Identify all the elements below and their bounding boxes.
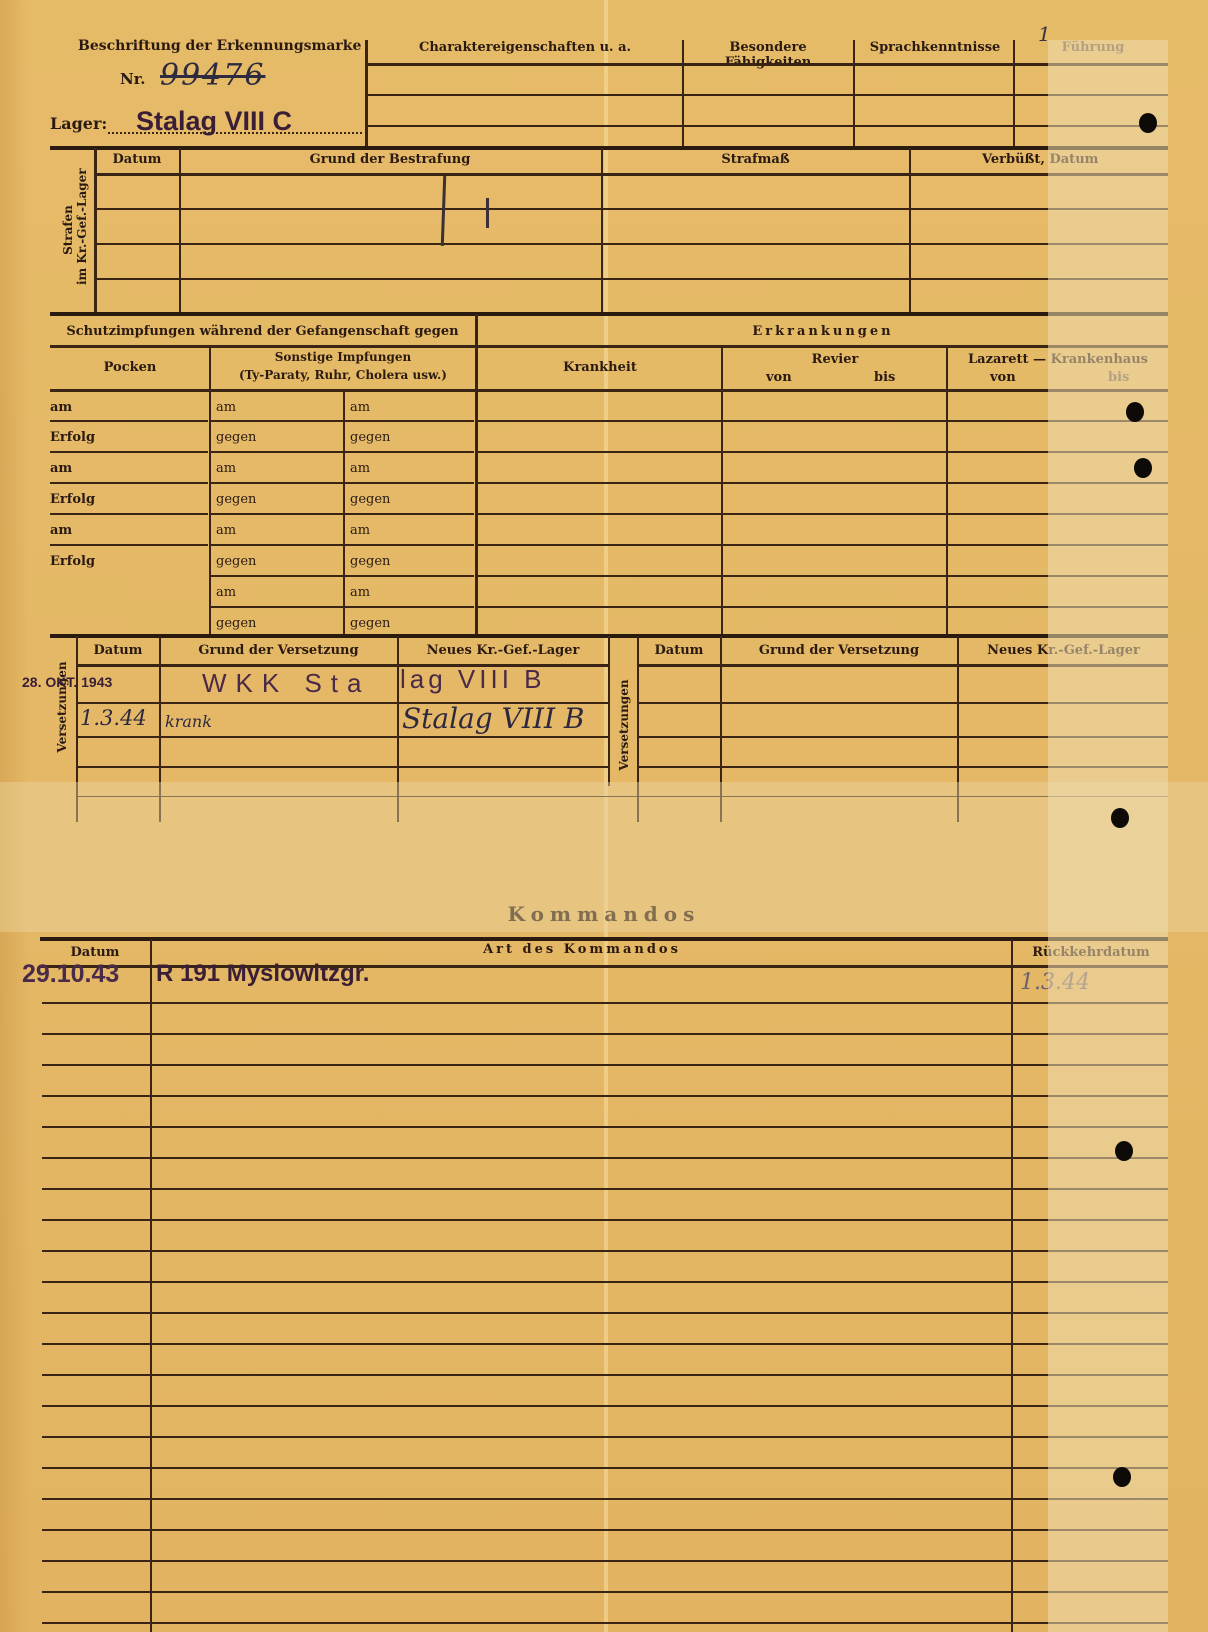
rule	[94, 278, 1168, 280]
divider	[608, 636, 610, 786]
versetzung-header-grund: Grund der Versetzung	[161, 643, 396, 658]
revier-von: von	[766, 370, 792, 385]
tape-strip-vertical	[1048, 40, 1168, 1632]
rule	[42, 1343, 1168, 1345]
rule	[94, 208, 1168, 210]
rule	[42, 1095, 1168, 1097]
sonstige-row: am	[350, 585, 370, 600]
rule	[211, 513, 474, 515]
kommando-header-datum: Datum	[40, 945, 150, 960]
erkrankungen-col-revier: Revier	[724, 352, 946, 367]
versetzung-lager: lag VIII B	[400, 664, 546, 695]
sonstige-row: am	[350, 523, 370, 538]
pocken-row: am	[50, 523, 72, 538]
rule	[50, 420, 208, 422]
versetzung-datum: 1.3.44	[80, 706, 147, 730]
pocken-row: Erfolg	[50, 492, 95, 507]
versetzung-datum: 28. OKT. 1943	[22, 674, 112, 690]
lazarett-von: von	[990, 370, 1016, 385]
sonstige-row: am	[350, 461, 370, 476]
pocken-row: am	[50, 461, 72, 476]
section-rule	[50, 146, 1168, 150]
sonstige-row: am	[216, 461, 236, 476]
rule	[50, 345, 1168, 348]
rule	[42, 1219, 1168, 1221]
nr-value: 99476	[160, 58, 265, 93]
rule	[42, 1157, 1168, 1159]
pencil-mark	[486, 198, 489, 228]
rule	[94, 243, 1168, 245]
rule	[76, 766, 608, 768]
rule	[42, 1467, 1168, 1469]
sonstige-row: am	[216, 585, 236, 600]
lager-stamp: Stalag VIII C	[136, 106, 292, 137]
rule	[42, 1188, 1168, 1190]
rule	[211, 575, 474, 577]
rule	[42, 1591, 1168, 1593]
id-section-title: Beschriftung der Erkennungsmarke	[78, 38, 361, 54]
rule	[211, 482, 474, 484]
divider	[853, 40, 855, 146]
rule	[42, 1033, 1168, 1035]
erkrankungen-col-krankheit: Krankheit	[478, 360, 722, 375]
pocken-row: Erfolg	[50, 554, 95, 569]
impfungen-title: Schutzimpfungen während der Gefangenscha…	[50, 324, 475, 339]
versetzung-header-datum: Datum	[78, 643, 158, 658]
versetzung-right-header-grund: Grund der Versetzung	[722, 643, 956, 658]
strafen-label-2: im Kr.-Gef.-Lager	[75, 175, 89, 285]
versetzung-lager: Stalag VIII B	[402, 702, 584, 735]
punch-hole	[1126, 402, 1144, 422]
sonstige-row: gegen	[350, 492, 390, 507]
pocken-row: Erfolg	[50, 430, 95, 445]
impfungen-col-sonstige-sub: (Ty-Paraty, Ruhr, Cholera usw.)	[212, 368, 474, 382]
rule	[50, 451, 208, 453]
revier-bis: bis	[874, 370, 895, 385]
rule	[42, 1126, 1168, 1128]
impfungen-col-sonstige: Sonstige Impfungen	[212, 350, 474, 364]
sonstige-row: gegen	[216, 492, 256, 507]
versetzung-grund: WKK Sta	[202, 668, 370, 699]
rule	[42, 1002, 1168, 1004]
divider	[1013, 40, 1015, 146]
versetzungen-side-label-right: Versetzungen	[617, 675, 631, 775]
rule	[42, 1064, 1168, 1066]
header-charakter: Charaktereigenschaften u. a.	[370, 40, 680, 55]
strafen-header-strafmass: Strafmaß	[603, 152, 908, 167]
strafen-header-grund: Grund der Bestrafung	[180, 152, 600, 167]
punch-hole	[1113, 1467, 1131, 1487]
punch-hole	[1134, 458, 1152, 478]
rule	[211, 544, 474, 546]
section-rule	[50, 312, 1168, 316]
rule	[42, 1498, 1168, 1500]
strafen-side-label: Strafen im Kr.-Gef.-Lager	[61, 175, 89, 285]
kommando-header-art: Art des Kommandos	[152, 942, 1012, 957]
nr-label: Nr.	[120, 70, 145, 88]
rule	[42, 1436, 1168, 1438]
sonstige-row: gegen	[216, 430, 256, 445]
versetzung-right-header-datum: Datum	[639, 643, 719, 658]
punch-hole	[1139, 113, 1157, 133]
impfungen-col-pocken: Pocken	[50, 360, 210, 375]
rule	[42, 1281, 1168, 1283]
tape-strip-horizontal	[0, 782, 1208, 932]
header-sprachen: Sprachkenntnisse	[856, 40, 1014, 55]
sonstige-row: gegen	[216, 554, 256, 569]
rule	[42, 1560, 1168, 1562]
versetzung-header-lager: Neues Kr.-Gef.-Lager	[399, 643, 607, 658]
rule	[94, 173, 1168, 176]
rule	[50, 544, 208, 546]
strafen-header-datum: Datum	[96, 152, 178, 167]
sonstige-row: am	[216, 523, 236, 538]
rule	[76, 736, 608, 738]
rule	[42, 1374, 1168, 1376]
rule	[42, 1622, 1168, 1624]
sonstige-row: gegen	[216, 616, 256, 631]
rule	[211, 606, 474, 608]
lager-label: Lager:	[50, 114, 107, 133]
sonstige-row: am	[216, 400, 236, 415]
punch-hole	[1111, 808, 1129, 828]
sonstige-row: gegen	[350, 554, 390, 569]
rule	[42, 1312, 1168, 1314]
rule	[42, 1250, 1168, 1252]
strafen-label-1: Strafen	[61, 175, 75, 285]
kommando-datum: 29.10.43	[22, 960, 119, 989]
rule	[211, 420, 474, 422]
rule	[50, 513, 208, 515]
rule	[211, 451, 474, 453]
section-rule	[40, 937, 1168, 941]
sonstige-row: gegen	[350, 430, 390, 445]
divider	[682, 40, 684, 146]
rule	[42, 1529, 1168, 1531]
sonstige-row: gegen	[350, 616, 390, 631]
sonstige-row: am	[350, 400, 370, 415]
rule	[42, 1405, 1168, 1407]
pocken-row: am	[50, 400, 72, 415]
punch-hole	[1115, 1141, 1133, 1161]
versetzungen-side-label-left: Versetzungen	[55, 657, 69, 757]
kommando-art: R 191 Myslowitzgr.	[156, 960, 369, 988]
versetzung-grund: krank	[165, 712, 212, 731]
rule	[50, 482, 208, 484]
rule	[50, 389, 1168, 392]
